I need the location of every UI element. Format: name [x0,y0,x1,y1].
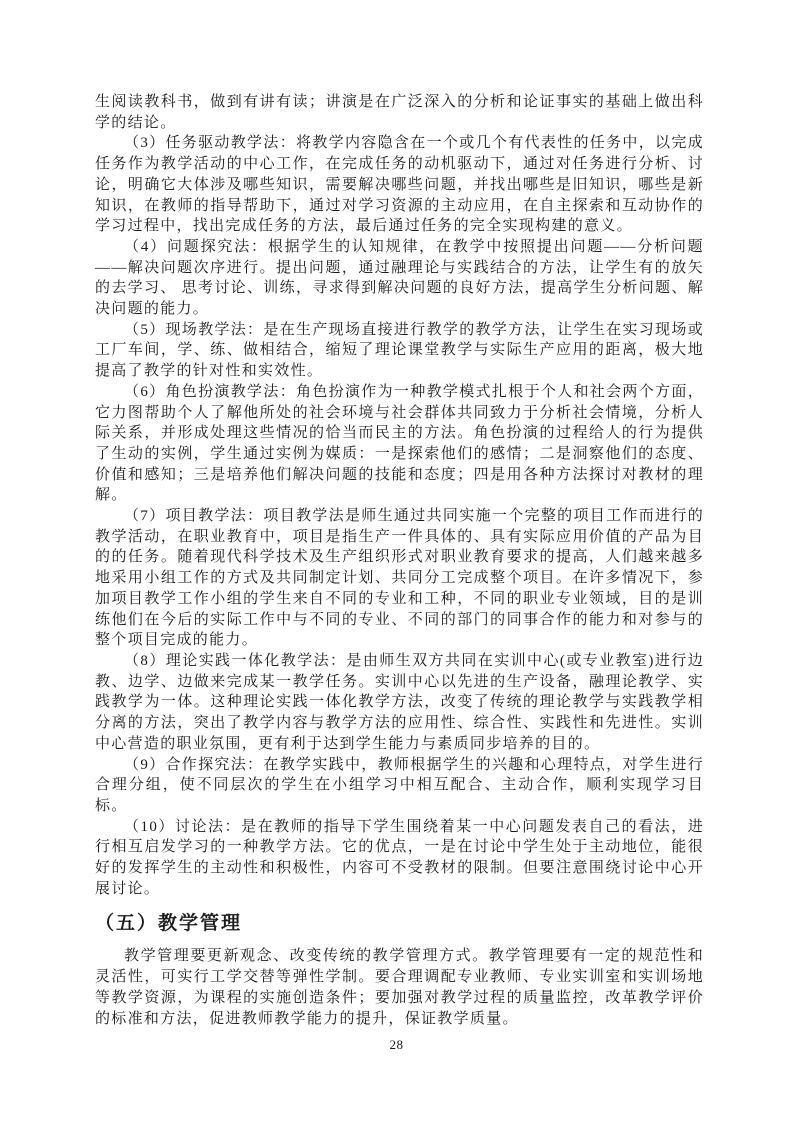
body-paragraph: （3）任务驱动教学法：将教学内容隐含在一个或几个有代表性的任务中，以完成任务作为… [95,133,704,237]
document-page: 生阅读教科书，做到有讲有读；讲演是在广泛深入的分析和论证事实的基础上做出科学的结… [0,0,793,1122]
body-paragraph: （6）角色扮演教学法：角色扮演作为一种教学模式扎根于个人和社会两个方面，它力图帮… [95,382,704,506]
body-paragraph: （4）问题探究法：根据学生的认知规律，在教学中按照提出问题——分析问题——解决问… [95,237,704,320]
body-paragraph: （10）讨论法：是在教师的指导下学生围绕着某一中心问题发表自己的看法，进行相互启… [95,817,704,900]
document-content: 生阅读教科书，做到有讲有读；讲演是在广泛深入的分析和论证事实的基础上做出科学的结… [95,92,704,1029]
body-paragraph: （8）理论实践一体化教学法：是由师生双方共同在实训中心(或专业教室)进行边教、边… [95,651,704,755]
body-paragraphs: 生阅读教科书，做到有讲有读；讲演是在广泛深入的分析和论证事实的基础上做出科学的结… [95,92,704,899]
closing-paragraph: 教学管理要更新观念、改变传统的教学管理方式。教学管理要有一定的规范性和灵活性，可… [95,946,704,1029]
body-paragraph: （9）合作探究法：在教学实践中，教师根据学生的兴趣和心理特点，对学生进行合理分组… [95,755,704,817]
body-paragraph: （7）项目教学法：项目教学法是师生通过共同实施一个完整的项目工作而进行的教学活动… [95,506,704,651]
page-number: 28 [0,1037,793,1053]
body-paragraph: （5）现场教学法：是在生产现场直接进行教学的教学方法，让学生在实习现场或工厂车间… [95,320,704,382]
section-heading: （五）教学管理 [95,910,704,937]
body-paragraph: 生阅读教科书，做到有讲有读；讲演是在广泛深入的分析和论证事实的基础上做出科学的结… [95,92,704,133]
